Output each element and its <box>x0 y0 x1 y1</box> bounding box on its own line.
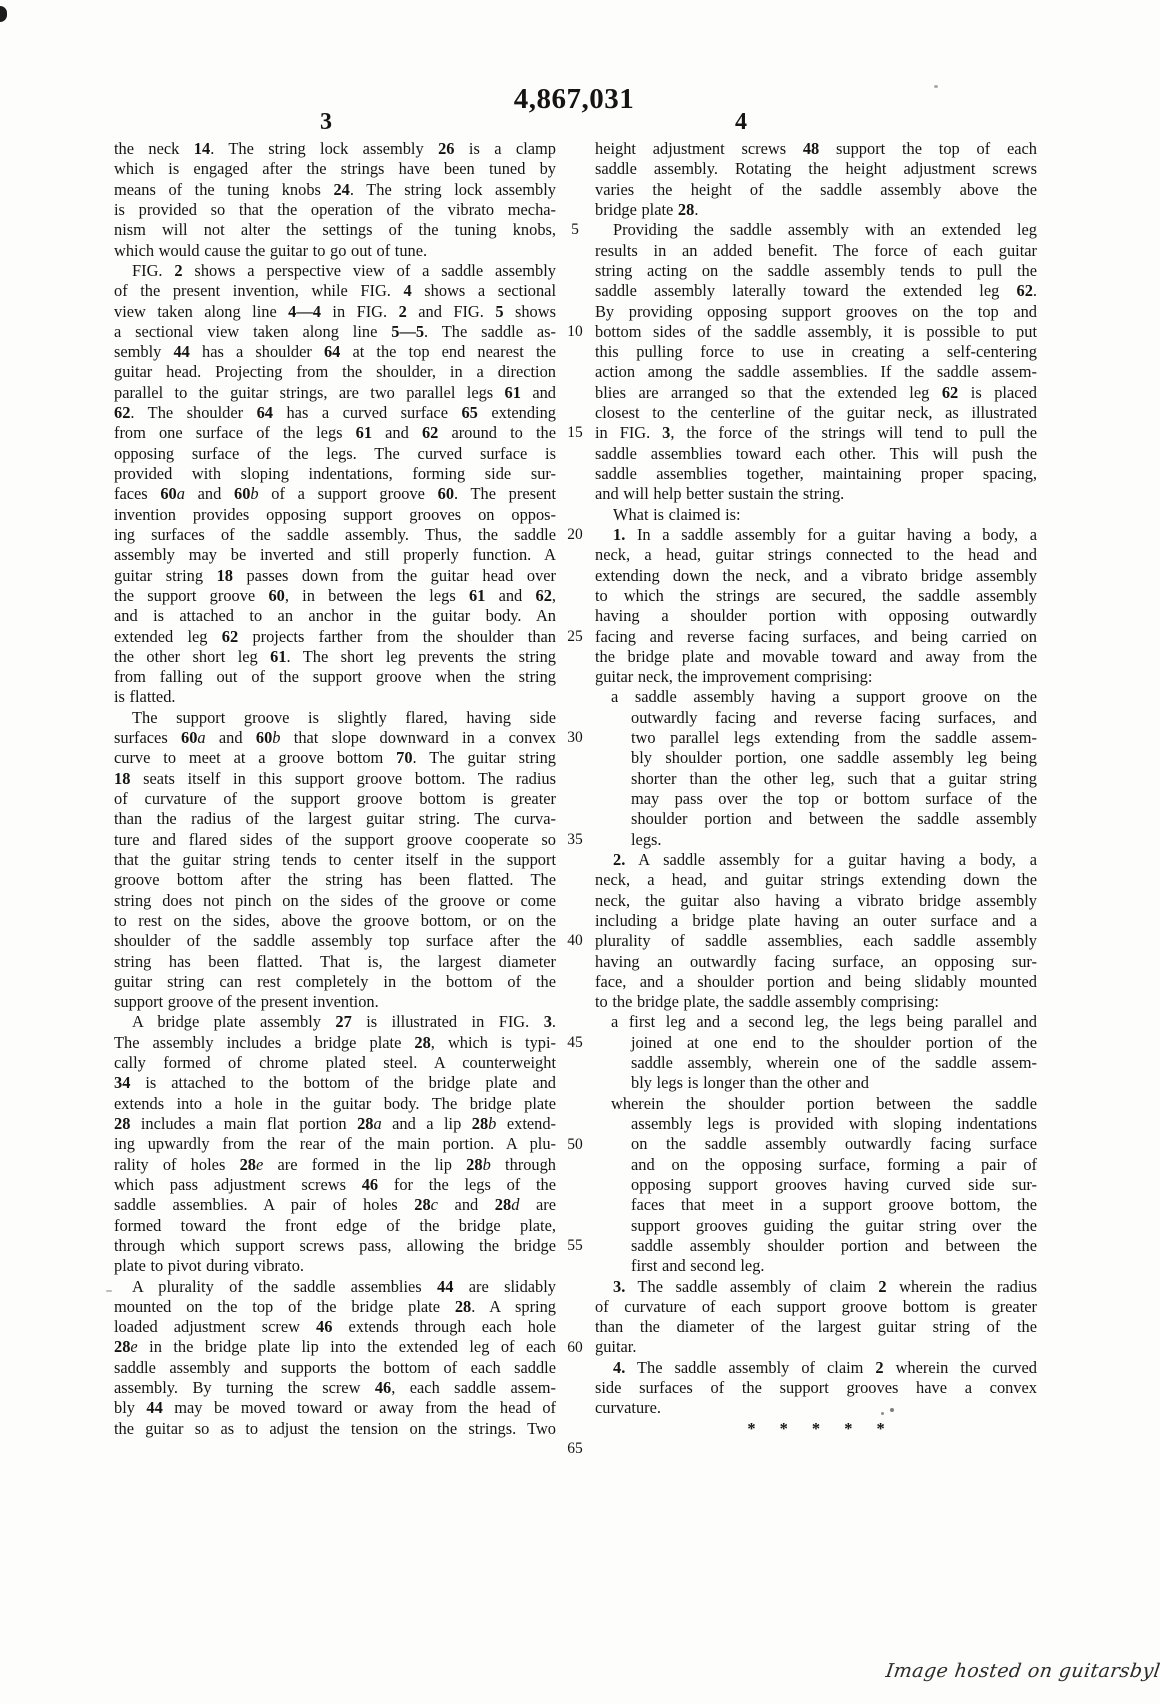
text-line: 2. A saddle assembly for a guitar having… <box>595 850 1037 870</box>
page-body: the neck 14. The string lock assembly 26… <box>0 139 1160 1639</box>
text-line: bly shoulder portion, one saddle assembl… <box>595 748 1037 768</box>
text-line: cally formed of chrome plated steel. A c… <box>114 1053 556 1073</box>
line-number: 45 <box>558 1033 592 1053</box>
text-line: * * * * * <box>595 1419 1037 1439</box>
text-line: bridge plate 28. <box>595 200 1037 220</box>
text-line: saddle assemblies together, maintaining … <box>595 464 1037 484</box>
text-line: a sectional view taken along line 5—5. T… <box>114 322 556 342</box>
text-line: string does not pinch on the sides of th… <box>114 891 556 911</box>
text-line: the neck 14. The string lock assembly 26… <box>114 139 556 159</box>
text-line: provided with sloping indentations, form… <box>114 464 556 484</box>
text-line: curve to meet at a groove bottom 70. The… <box>114 748 556 768</box>
line-number: 10 <box>558 322 592 342</box>
text-line: to rest on the sides, above the groove b… <box>114 911 556 931</box>
text-line: saddle assemblies. A pair of holes 28c a… <box>114 1195 556 1215</box>
text-line: extends into a hole in the guitar body. … <box>114 1094 556 1114</box>
text-line: mounted on the top of the bridge plate 2… <box>114 1297 556 1317</box>
text-line: from one surface of the legs 61 and 62 a… <box>114 423 556 443</box>
text-line: through which support screws pass, allow… <box>114 1236 556 1256</box>
text-line: saddle assembly. Rotating the height adj… <box>595 159 1037 179</box>
text-line: varies the height of the saddle assembly… <box>595 180 1037 200</box>
text-line: FIG. 2 shows a perspective view of a sad… <box>114 261 556 281</box>
text-line: guitar. <box>595 1337 1037 1357</box>
text-line: A plurality of the saddle assemblies 44 … <box>114 1277 556 1297</box>
text-line: which pass adjustment screws 46 for the … <box>114 1175 556 1195</box>
text-line: shoulder of the saddle assembly top surf… <box>114 931 556 951</box>
text-line: curvature. <box>595 1398 1037 1418</box>
text-line: the support groove 60, in between the le… <box>114 586 556 606</box>
text-line: 4. The saddle assembly of claim 2 wherei… <box>595 1358 1037 1378</box>
hosting-watermark: Image hosted on guitarsbyleo.com <box>884 1660 1160 1682</box>
text-line: that the guitar string tends to center i… <box>114 850 556 870</box>
text-line: including a bridge plate having an outer… <box>595 911 1037 931</box>
text-line: opposing surface of the legs. The curved… <box>114 444 556 464</box>
text-line: closest to the centerline of the guitar … <box>595 403 1037 423</box>
text-line: The support groove is slightly flared, h… <box>114 708 556 728</box>
text-line: neck, the guitar also having a vibrato b… <box>595 891 1037 911</box>
text-line: What is claimed is: <box>595 505 1037 525</box>
line-number: 20 <box>558 525 592 545</box>
text-line: support groove of the present invention. <box>114 992 556 1012</box>
patent-page: 4,867,031 3 4 the neck 14. The string lo… <box>0 0 1160 1704</box>
text-line: bly 44 may be moved toward or away from … <box>114 1398 556 1418</box>
column-number-3: 3 <box>306 109 346 136</box>
text-line: a first leg and a second leg, the legs b… <box>595 1012 1037 1032</box>
text-line: A bridge plate assembly 27 is illustrate… <box>114 1012 556 1032</box>
text-line: ing surfaces of the saddle assembly. Thu… <box>114 525 556 545</box>
text-line: to which the strings are secured, the sa… <box>595 586 1037 606</box>
text-line: opposing support grooves having curved s… <box>595 1175 1037 1195</box>
text-line: ture and flared sides of the support gro… <box>114 830 556 850</box>
text-line: legs. <box>595 830 1037 850</box>
text-line: this pulling force to use in creating a … <box>595 342 1037 362</box>
text-line: than the diameter of the largest guitar … <box>595 1317 1037 1337</box>
text-line: the bridge plate and movable toward and … <box>595 647 1037 667</box>
column-3-text: the neck 14. The string lock assembly 26… <box>114 139 556 1439</box>
text-line: and on the opposing surface, forming a p… <box>595 1155 1037 1175</box>
text-line: extended leg 62 projects farther from th… <box>114 627 556 647</box>
line-number: 40 <box>558 931 592 951</box>
text-line: from falling out of the support groove w… <box>114 667 556 687</box>
line-number: 25 <box>558 627 592 647</box>
text-line: 18 seats itself in this support groove b… <box>114 769 556 789</box>
text-line: first and second leg. <box>595 1256 1037 1276</box>
line-number: 65 <box>558 1439 592 1459</box>
text-line: joined at one end to the shoulder portio… <box>595 1033 1037 1053</box>
text-line: and is attached to an anchor in the guit… <box>114 606 556 626</box>
patent-number: 4,867,031 <box>0 83 1148 116</box>
text-line: wherein the shoulder portion between the… <box>595 1094 1037 1114</box>
text-line: bottom sides of the saddle assembly, it … <box>595 322 1037 342</box>
text-line: height adjustment screws 48 support the … <box>595 139 1037 159</box>
line-number-gutter: 5101520253035404550556065 <box>558 139 592 1639</box>
text-line: is provided so that the operation of the… <box>114 200 556 220</box>
text-line: 1. In a saddle assembly for a guitar hav… <box>595 525 1037 545</box>
text-line: view taken along line 4—4 in FIG. 2 and … <box>114 302 556 322</box>
text-line: guitar string 18 passes down from the gu… <box>114 566 556 586</box>
text-line: is flatted. <box>114 687 556 707</box>
text-line: a saddle assembly having a support groov… <box>595 687 1037 707</box>
column-number-4: 4 <box>721 109 761 136</box>
text-line: than the radius of the largest guitar st… <box>114 809 556 829</box>
text-line: groove bottom after the string has been … <box>114 870 556 890</box>
text-line: assembly. By turning the screw 46, each … <box>114 1378 556 1398</box>
text-line: sembly 44 has a shoulder 64 at the top e… <box>114 342 556 362</box>
text-line: two parallel legs extending from the sad… <box>595 728 1037 748</box>
line-number: 60 <box>558 1338 592 1358</box>
text-line: blies are arranged so that the extended … <box>595 383 1037 403</box>
text-line: which is engaged after the strings have … <box>114 159 556 179</box>
text-line: of the present invention, while FIG. 4 s… <box>114 281 556 301</box>
line-number: 15 <box>558 423 592 443</box>
text-line: on the saddle assembly outwardly facing … <box>595 1134 1037 1154</box>
text-line: faces that meet in a support groove bott… <box>595 1195 1037 1215</box>
text-line: formed toward the front edge of the brid… <box>114 1216 556 1236</box>
text-line: having an outwardly facing surface, an o… <box>595 952 1037 972</box>
line-number: 35 <box>558 830 592 850</box>
text-line: plurality of saddle assemblies, each sad… <box>595 931 1037 951</box>
line-number: 50 <box>558 1135 592 1155</box>
text-line: the guitar so as to adjust the tension o… <box>114 1419 556 1439</box>
text-line: assembly may be inverted and still prope… <box>114 545 556 565</box>
text-line: The assembly includes a bridge plate 28,… <box>114 1033 556 1053</box>
text-line: shorter than the other leg, such that a … <box>595 769 1037 789</box>
text-line: face, and a shoulder portion and being s… <box>595 972 1037 992</box>
text-line: nism will not alter the settings of the … <box>114 220 556 240</box>
text-line: saddle assembly and supports the bottom … <box>114 1358 556 1378</box>
text-line: neck, a head, guitar strings connected t… <box>595 545 1037 565</box>
line-number: 30 <box>558 728 592 748</box>
text-line: shoulder portion and between the saddle … <box>595 809 1037 829</box>
text-line: By providing opposing support grooves on… <box>595 302 1037 322</box>
text-line: of curvature of each support groove bott… <box>595 1297 1037 1317</box>
text-line: assembly legs is provided with sloping i… <box>595 1114 1037 1134</box>
text-line: neck, a head, and guitar strings extendi… <box>595 870 1037 890</box>
text-line: 34 is attached to the bottom of the brid… <box>114 1073 556 1093</box>
text-line: Providing the saddle assembly with an ex… <box>595 220 1037 240</box>
text-line: saddle assembly, wherein one of the sadd… <box>595 1053 1037 1073</box>
text-line: loaded adjustment screw 46 extends throu… <box>114 1317 556 1337</box>
text-line: bly legs is longer than the other and <box>595 1073 1037 1093</box>
text-line: outwardly facing and reverse facing surf… <box>595 708 1037 728</box>
text-line: to the bridge plate, the saddle assembly… <box>595 992 1037 1012</box>
text-line: parallel to the guitar strings, are two … <box>114 383 556 403</box>
text-line: in FIG. 3, the force of the strings will… <box>595 423 1037 443</box>
text-line: invention provides opposing support groo… <box>114 505 556 525</box>
text-line: and will help better sustain the string. <box>595 484 1037 504</box>
text-line: having a shoulder portion with opposing … <box>595 606 1037 626</box>
text-line: saddle assembly laterally toward the ext… <box>595 281 1037 301</box>
text-line: saddle assembly shoulder portion and bet… <box>595 1236 1037 1256</box>
line-number: 55 <box>558 1236 592 1256</box>
text-line: which would cause the guitar to go out o… <box>114 241 556 261</box>
column-4-text: height adjustment screws 48 support the … <box>595 139 1037 1439</box>
text-line: facing and reverse facing surfaces, and … <box>595 627 1037 647</box>
text-line: faces 60a and 60b of a support groove 60… <box>114 484 556 504</box>
text-line: of curvature of the support groove botto… <box>114 789 556 809</box>
text-line: action among the saddle assemblies. If t… <box>595 362 1037 382</box>
text-line: 28 includes a main flat portion 28a and … <box>114 1114 556 1134</box>
text-line: string acting on the saddle assembly ten… <box>595 261 1037 281</box>
text-line: results in an added benefit. The force o… <box>595 241 1037 261</box>
text-line: surfaces 60a and 60b that slope downward… <box>114 728 556 748</box>
text-line: ing upwardly from the rear of the main p… <box>114 1134 556 1154</box>
text-line: 28e in the bridge plate lip into the ext… <box>114 1337 556 1357</box>
scan-corner-mark <box>0 6 7 22</box>
text-line: guitar string can rest completely in the… <box>114 972 556 992</box>
text-line: guitar neck, the improvement comprising: <box>595 667 1037 687</box>
text-line: may pass over the top or bottom surface … <box>595 789 1037 809</box>
text-line: guitar head. Projecting from the shoulde… <box>114 362 556 382</box>
text-line: string has been flatted. That is, the la… <box>114 952 556 972</box>
text-line: support grooves guiding the guitar strin… <box>595 1216 1037 1236</box>
text-line: plate to pivot during vibrato. <box>114 1256 556 1276</box>
text-line: the other short leg 61. The short leg pr… <box>114 647 556 667</box>
line-number: 5 <box>558 220 592 240</box>
text-line: saddle assemblies toward each other. Thi… <box>595 444 1037 464</box>
text-line: rality of holes 28e are formed in the li… <box>114 1155 556 1175</box>
text-line: 62. The shoulder 64 has a curved surface… <box>114 403 556 423</box>
text-line: means of the tuning knobs 24. The string… <box>114 180 556 200</box>
text-line: 3. The saddle assembly of claim 2 wherei… <box>595 1277 1037 1297</box>
text-line: side surfaces of the support grooves hav… <box>595 1378 1037 1398</box>
text-line: extending down the neck, and a vibrato b… <box>595 566 1037 586</box>
